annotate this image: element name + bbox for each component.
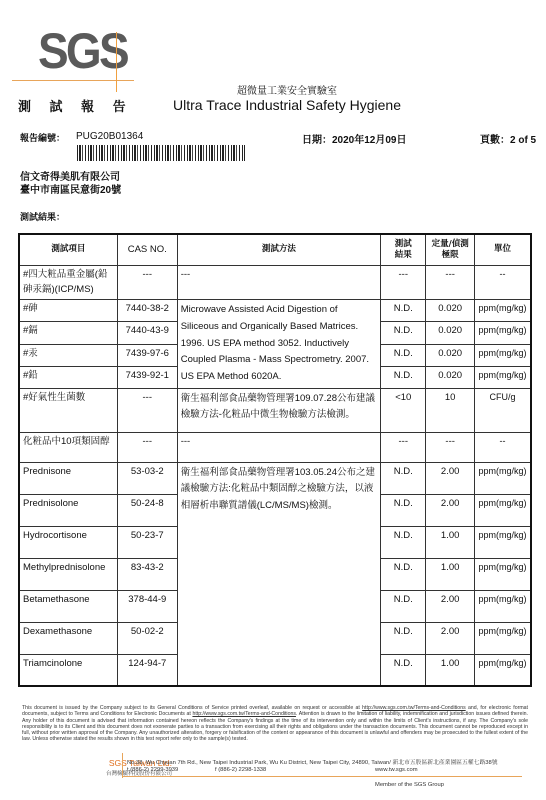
cell-result: N.D. [381, 590, 426, 622]
header-method: 測試方法 [177, 234, 380, 266]
cell-cas: 50-24-8 [117, 494, 177, 526]
company-phone: t (886-2) 2299-3939 [127, 767, 178, 773]
table-row: #砷 7440-38-2 Microwave Assisted Acid Dig… [19, 300, 531, 322]
cell-unit: -- [474, 266, 531, 300]
electronic-terms-link[interactable]: http://www.sgs.com.tw/Terms-and-Conditio… [192, 711, 296, 717]
cell-limit: 10 [426, 388, 475, 432]
footer-disclaimer: This document is issued by the Company s… [22, 705, 528, 743]
cell-item: Prednisone [19, 462, 117, 494]
member-of-group: Member of the SGS Group [375, 782, 444, 788]
cell-method: --- [177, 266, 380, 300]
company-address: No.38, Wu Chyuan 7th Rd., New Taipei Ind… [127, 757, 498, 766]
cell-limit: 1.00 [426, 526, 475, 558]
header-item: 測試項目 [19, 234, 117, 266]
cell-cas: 50-23-7 [117, 526, 177, 558]
table-header-row: 測試項目 CAS NO. 測試方法 測試 結果 定量/偵測 極限 單位 [19, 234, 531, 266]
cell-unit: ppm(mg/kg) [474, 654, 531, 686]
sgs-logo: SGS [38, 26, 127, 76]
cell-result: N.D. [381, 462, 426, 494]
cell-item: #好氣性生菌數 [19, 388, 117, 432]
cell-limit: 2.00 [426, 462, 475, 494]
cell-result: N.D. [381, 622, 426, 654]
cell-unit: ppm(mg/kg) [474, 300, 531, 322]
cell-item: #鉛 [19, 366, 117, 388]
cell-result: <10 [381, 388, 426, 432]
date-value: 2020年12月09日 [332, 135, 407, 146]
table-row: Prednisone 53-03-2 衛生福利部食品藥物管理署103.05.24… [19, 462, 531, 494]
cell-unit: ppm(mg/kg) [474, 462, 531, 494]
lab-name-en: Ultra Trace Industrial Safety Hygiene [0, 97, 546, 113]
date-label: 日期： [302, 135, 332, 146]
cell-unit: ppm(mg/kg) [474, 344, 531, 366]
cell-limit: --- [426, 266, 475, 300]
page-number: 頁數：2 of 5 [480, 131, 536, 146]
disclaimer-part-1: This document is issued by the Company s… [22, 705, 362, 711]
cell-unit: -- [474, 432, 531, 462]
metals-method-cell: Microwave Assisted Acid Digestion of Sil… [177, 300, 380, 388]
results-label: 測試結果： [20, 210, 65, 223]
cell-limit: 0.020 [426, 366, 475, 388]
cell-item: Prednisolone [19, 494, 117, 526]
cell-item: Triamcinolone [19, 654, 117, 686]
cell-result: N.D. [381, 494, 426, 526]
cell-item: Dexamethasone [19, 622, 117, 654]
footer-vertical-line [122, 753, 123, 778]
lab-name-cn: 超微量工業安全實驗室 [0, 82, 546, 97]
cell-result: N.D. [381, 322, 426, 344]
cell-unit: ppm(mg/kg) [474, 494, 531, 526]
client-address: 臺中市南區民意街20號 [20, 181, 121, 196]
cell-cas: 7440-38-2 [117, 300, 177, 322]
cell-item: #四大粧品重金屬(鉛砷汞鎘)(ICP/MS) [19, 266, 117, 300]
cell-item: Methylprednisolone [19, 558, 117, 590]
cell-limit: 2.00 [426, 590, 475, 622]
cell-cas: 7439-97-6 [117, 344, 177, 366]
cell-result: N.D. [381, 558, 426, 590]
company-fax: f (886-2) 2298-1338 [215, 767, 266, 773]
cell-item: Hydrocortisone [19, 526, 117, 558]
cell-limit: 2.00 [426, 622, 475, 654]
cell-cas: --- [117, 432, 177, 462]
cell-limit: 2.00 [426, 494, 475, 526]
cell-limit: 0.020 [426, 322, 475, 344]
cell-unit: ppm(mg/kg) [474, 558, 531, 590]
report-no-label: 報告編號： [20, 131, 65, 144]
cell-item: Betamethasone [19, 590, 117, 622]
cell-cas: 378-44-9 [117, 590, 177, 622]
table-row: #四大粧品重金屬(鉛砷汞鎘)(ICP/MS) --- --- --- --- -… [19, 266, 531, 300]
barcode [77, 145, 245, 161]
cell-result: N.D. [381, 344, 426, 366]
cell-result: N.D. [381, 366, 426, 388]
cell-result: --- [381, 432, 426, 462]
steroid-method-cell: 衛生福利部食品藥物管理署103.05.24公布之建議檢驗方法:化粧品中類固醇之檢… [177, 462, 380, 686]
cell-cas: 124-94-7 [117, 654, 177, 686]
cell-result: N.D. [381, 300, 426, 322]
cell-unit: ppm(mg/kg) [474, 590, 531, 622]
cell-unit: ppm(mg/kg) [474, 366, 531, 388]
cell-cas: 7440-43-9 [117, 322, 177, 344]
cell-cas: 50-02-2 [117, 622, 177, 654]
terms-link[interactable]: http://www.sgs.com.tw/Terms-and-Conditio… [362, 705, 466, 711]
table-row: 化粧品中10項類固醇 --- --- --- --- -- [19, 432, 531, 462]
cell-result: N.D. [381, 654, 426, 686]
cell-unit: CFU/g [474, 388, 531, 432]
results-table: 測試項目 CAS NO. 測試方法 測試 結果 定量/偵測 極限 單位 #四大粧… [18, 233, 532, 687]
cell-unit: ppm(mg/kg) [474, 526, 531, 558]
report-date: 日期：2020年12月09日 [302, 131, 407, 146]
cell-result: --- [381, 266, 426, 300]
cell-cas: 83-43-2 [117, 558, 177, 590]
header-limit: 定量/偵測 極限 [426, 234, 475, 266]
cell-unit: ppm(mg/kg) [474, 322, 531, 344]
cell-method: 衛生福利部食品藥物管理署109.07.28公布建議檢驗方法-化粧品中微生物檢驗方… [177, 388, 380, 432]
header-cas: CAS NO. [117, 234, 177, 266]
cell-item: #鎘 [19, 322, 117, 344]
cell-item: #砷 [19, 300, 117, 322]
page-value: 2 of 5 [510, 135, 536, 146]
cell-cas: 53-03-2 [117, 462, 177, 494]
cell-limit: 0.020 [426, 300, 475, 322]
cell-unit: ppm(mg/kg) [474, 622, 531, 654]
report-no: PUG20B01364 [76, 131, 143, 142]
page-label: 頁數： [480, 135, 510, 146]
cell-method: --- [177, 432, 380, 462]
cell-cas: --- [117, 266, 177, 300]
cell-item: 化粧品中10項類固醇 [19, 432, 117, 462]
cell-limit: 0.020 [426, 344, 475, 366]
cell-result: N.D. [381, 526, 426, 558]
cell-limit: 1.00 [426, 558, 475, 590]
table-row: #好氣性生菌數 --- 衛生福利部食品藥物管理署109.07.28公布建議檢驗方… [19, 388, 531, 432]
cell-cas: --- [117, 388, 177, 432]
cell-limit: 1.00 [426, 654, 475, 686]
header-result: 測試 結果 [381, 234, 426, 266]
cell-item: #汞 [19, 344, 117, 366]
cell-limit: --- [426, 432, 475, 462]
cell-cas: 7439-92-1 [117, 366, 177, 388]
company-website[interactable]: www.tw.sgs.com [375, 767, 418, 773]
header-unit: 單位 [474, 234, 531, 266]
footer-horizontal-line [122, 776, 522, 777]
